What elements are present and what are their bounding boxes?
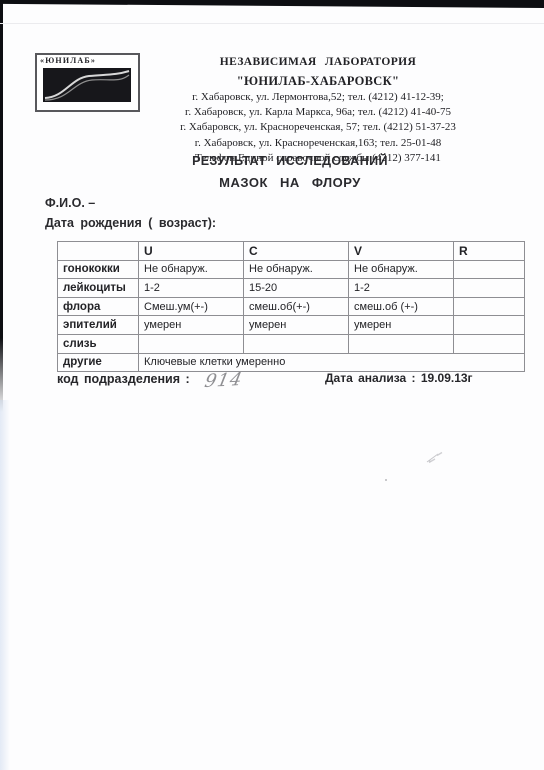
lab-type-title: НЕЗАВИСИМАЯ ЛАБОРАТОРИЯ (98, 56, 538, 68)
column-header: C (244, 242, 349, 261)
table-cell (454, 316, 525, 335)
scan-edge-top (0, 0, 544, 8)
table-cell (139, 334, 244, 353)
table-cell (454, 260, 525, 279)
lab-name-title: "ЮНИЛАБ-ХАБАРОВСК" (98, 74, 538, 89)
fio-label: Ф.И.О. – (45, 196, 95, 210)
row-label: флора (58, 297, 139, 316)
column-header: V (349, 242, 454, 261)
table-cell: умерен (244, 316, 349, 335)
table-cell: умерен (139, 316, 244, 335)
table-cell: Смеш.ум(+-) (139, 297, 244, 316)
lab-header: НЕЗАВИСИМАЯ ЛАБОРАТОРИЯ "ЮНИЛАБ-ХАБАРОВС… (98, 56, 538, 165)
pen-smudge (424, 449, 446, 465)
lab-address-line: г. Хабаровск, ул. Карла Маркса, 96а; тел… (98, 106, 538, 119)
table-cell: смеш.об(+-) (244, 297, 349, 316)
column-header: U (139, 242, 244, 261)
table-cell (244, 334, 349, 353)
table-cell-span: Ключевые клетки умеренно (139, 353, 525, 372)
table-cell: 1-2 (139, 279, 244, 298)
table-row: гонококкиНе обнаруж.Не обнаруж.Не обнару… (58, 260, 525, 279)
analysis-date: Дата анализа : 19.09.13г (325, 371, 473, 385)
result-title: РЕЗУЛЬТАТ ИССЛЕДОВАНИЙ (18, 154, 544, 168)
scan-edge-left-tint (0, 400, 10, 770)
results-table: UCVR гонококкиНе обнаруж.Не обнаруж.Не о… (57, 241, 525, 372)
table-row: другиеКлючевые клетки умеренно (58, 353, 525, 372)
scan-fold-line (0, 23, 544, 24)
table-cell: смеш.об (+-) (349, 297, 454, 316)
division-code-label: код подразделения : (57, 372, 190, 386)
row-label: другие (58, 353, 139, 372)
column-header (58, 242, 139, 261)
table-row: флораСмеш.ум(+-)смеш.об(+-)смеш.об (+-) (58, 297, 525, 316)
table-cell: Не обнаруж. (139, 260, 244, 279)
table-cell (454, 334, 525, 353)
table-row: эпителийумеренумеренумерен (58, 316, 525, 335)
row-label: лейкоциты (58, 279, 139, 298)
results-table-wrap: UCVR гонококкиНе обнаруж.Не обнаруж.Не о… (57, 241, 525, 372)
table-row: слизь (58, 334, 525, 353)
lab-address-line: г. Хабаровск, ул. Краснореченская,163; т… (98, 137, 538, 150)
column-header: R (454, 242, 525, 261)
table-cell: Не обнаруж. (349, 260, 454, 279)
table-header-row: UCVR (58, 242, 525, 261)
birthdate-label: Дата рождения ( возраст): (45, 216, 216, 230)
table-cell: 15-20 (244, 279, 349, 298)
table-row: лейкоциты1-215-201-2 (58, 279, 525, 298)
division-code-line: код подразделения : 914 (57, 370, 243, 391)
row-label: гонококки (58, 260, 139, 279)
lab-address-line: г. Хабаровск, ул. Краснореченская, 57; т… (98, 121, 538, 134)
row-label: эпителий (58, 316, 139, 335)
table-cell (349, 334, 454, 353)
division-code-handwritten: 914 (203, 369, 245, 392)
lab-address-line: г. Хабаровск, ул. Лермонтова,52; тел. (4… (98, 91, 538, 104)
table-cell: Не обнаруж. (244, 260, 349, 279)
logo-brand-text: «ЮНИЛАБ» (40, 56, 96, 65)
table-cell (454, 279, 525, 298)
table-cell (454, 297, 525, 316)
table-cell: умерен (349, 316, 454, 335)
row-label: слизь (58, 334, 139, 353)
scanned-lab-report: «ЮНИЛАБ» НЕЗАВИСИМАЯ ЛАБОРАТОРИЯ "ЮНИЛАБ… (0, 0, 544, 770)
test-title: МАЗОК НА ФЛОРУ (18, 175, 544, 190)
scan-speck (385, 479, 387, 481)
scan-edge-left (0, 0, 3, 412)
table-cell: 1-2 (349, 279, 454, 298)
